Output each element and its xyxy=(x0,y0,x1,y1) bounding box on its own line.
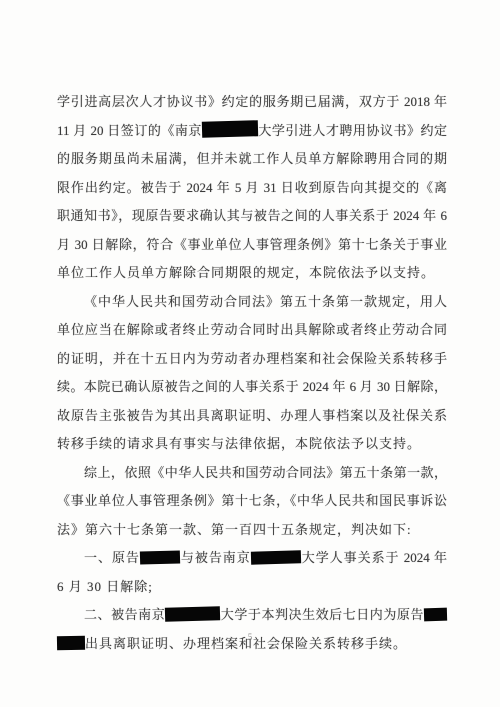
text-line: 单位工作人员单方解除合同期限的规定，本院依法予以支持。 xyxy=(57,259,447,288)
line-text: 单位工作人员单方解除合同期限的规定，本院依法予以支持。 xyxy=(57,265,435,280)
text-line: 月 30 日解除，符合《事业单位人事管理条例》第十七条关于事业 xyxy=(57,231,447,260)
line-text: 的证明，并在十五日内为劳动者办理档案和社会保险关系转移手 xyxy=(57,351,447,366)
line-text: 《事业单位人事管理条例》第十七条，《中华人民共和国民事诉讼 xyxy=(57,493,447,508)
text-line: 单位应当在解除或者终止劳动合同时出具解除或者终止劳动合同 xyxy=(57,316,447,345)
text-line: 的证明，并在十五日内为劳动者办理档案和社会保险关系转移手 xyxy=(57,345,447,374)
line-text: 大学引进人才聘用协议书》约定 xyxy=(258,123,447,138)
line-text: 综上，依照《中华人民共和国劳动合同法》第五十条第一款， xyxy=(84,465,447,480)
line-text: 大学于本判决生效后七日内为原告 xyxy=(220,607,424,622)
redaction-box xyxy=(424,608,447,622)
judgment-text-block: 学引进高层次人才协议书》约定的服务期已届满，双方于 2018 年 11 月 20… xyxy=(57,88,447,658)
line-text: 续。本院已确认原被告之间的人事关系于 2024 年 6 月 30 日解除， xyxy=(57,379,447,394)
text-line judgment-item-1: 一、原告与被告南京大学人事关系于 2024 年 xyxy=(57,544,447,573)
line-text: 转移手续的请求具有事实与法律依据，本院依法予以支持。 xyxy=(57,436,421,451)
line-text: 二、被告南京 xyxy=(84,607,165,622)
text-line: 6 月 30 日解除; xyxy=(57,573,447,602)
text-line: 《事业单位人事管理条例》第十七条，《中华人民共和国民事诉讼 xyxy=(57,487,447,516)
line-text: 故原告主张被告为其出具离职证明、办理人事档案以及社保关系 xyxy=(57,408,447,423)
text-line: 学引进高层次人才协议书》约定的服务期已届满，双方于 2018 年 xyxy=(57,88,447,117)
text-line: 故原告主张被告为其出具离职证明、办理人事档案以及社保关系 xyxy=(57,402,447,431)
redaction-box xyxy=(165,606,220,622)
line-text: 11 月 20 日签订的《南京 xyxy=(57,123,202,138)
redaction-box xyxy=(251,550,301,564)
line-text: 法》第六十七条第一款、第一百四十五条规定，判决如下: xyxy=(57,522,412,537)
document-page: 学引进高层次人才协议书》约定的服务期已届满，双方于 2018 年 11 月 20… xyxy=(0,0,500,707)
text-line: 法》第六十七条第一款、第一百四十五条规定，判决如下: xyxy=(57,516,447,545)
line-text: 大学人事关系于 2024 年 xyxy=(301,550,447,565)
text-line judgment-item-2: 二、被告南京大学于本判决生效后七日内为原告 xyxy=(57,601,447,630)
line-text: 《中华人民共和国劳动合同法》第五十条第一款规定，用人 xyxy=(84,294,447,309)
line-text: 职通知书》，现原告要求确认其与被告之间的人事关系于 2024 年 6 xyxy=(57,208,447,223)
text-line: 转移手续的请求具有事实与法律依据，本院依法予以支持。 xyxy=(57,430,447,459)
text-line: 《中华人民共和国劳动合同法》第五十条第一款规定，用人 xyxy=(57,288,447,317)
text-line: 职通知书》，现原告要求确认其与被告之间的人事关系于 2024 年 6 xyxy=(57,202,447,231)
redaction-box xyxy=(140,550,180,564)
line-text: 一、原告 xyxy=(84,550,140,565)
text-line: 的服务期虽尚未届满，但并未就工作人员单方解除聘用合同的期 xyxy=(57,145,447,174)
text-line: 综上，依照《中华人民共和国劳动合同法》第五十条第一款， xyxy=(57,459,447,488)
redaction-box xyxy=(202,120,258,138)
page-number: 5 xyxy=(0,632,500,642)
line-text: 月 30 日解除，符合《事业单位人事管理条例》第十七条关于事业 xyxy=(57,237,447,252)
line-text: 的服务期虽尚未届满，但并未就工作人员单方解除聘用合同的期 xyxy=(57,151,447,166)
text-line: 续。本院已确认原被告之间的人事关系于 2024 年 6 月 30 日解除， xyxy=(57,373,447,402)
line-text: 与被告南京 xyxy=(180,550,251,565)
line-text: 限作出约定。被告于 2024 年 5 月 31 日收到原告向其提交的《离 xyxy=(57,180,447,195)
line-text: 6 月 30 日解除; xyxy=(57,579,153,594)
line-text: 单位应当在解除或者终止劳动合同时出具解除或者终止劳动合同 xyxy=(57,322,447,337)
line-text: 学引进高层次人才协议书》约定的服务期已届满，双方于 2018 年 xyxy=(57,94,447,109)
text-line: 限作出约定。被告于 2024 年 5 月 31 日收到原告向其提交的《离 xyxy=(57,174,447,203)
text-line: 11 月 20 日签订的《南京大学引进人才聘用协议书》约定 xyxy=(57,117,447,146)
